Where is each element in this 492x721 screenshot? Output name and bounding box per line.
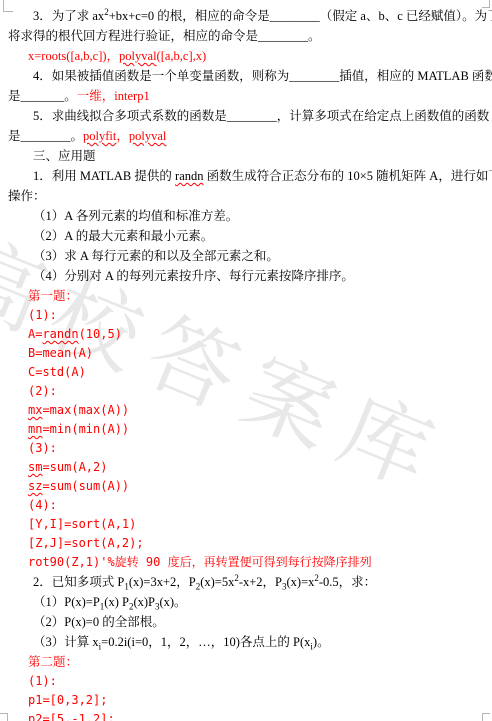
text-segment: ________ <box>258 29 308 43</box>
text-segment: (x)P <box>133 595 155 609</box>
answer-1-part-3-label: (3): <box>8 439 488 458</box>
document-page: 3．为了求 ax2+bx+c=0 的根，相应的命令是________（假定 a、… <box>0 0 492 721</box>
question-3-line-2: 将求得的根代回方程进行验证，相应的命令是________。 <box>8 26 488 46</box>
text-segment: 函数生成符合正态分布的 10×5 随机矩阵 A，进行如下 <box>204 169 492 183</box>
text-segment: 4．如果被插值函数是一个单变量函数，则称为 <box>33 69 289 83</box>
text-segment: +bx+c=0 的根，相应的命令是 <box>109 9 270 23</box>
app-q1-item-3: （3）求 A 每行元素的和以及全部元素之和。 <box>8 246 488 266</box>
text-segment: %旋转 90 度后，再转置便可得到每行按降序排列 <box>107 555 371 569</box>
text-segment: 是 <box>8 129 21 143</box>
code-line: A=randn(10,5) <box>8 325 488 344</box>
text-boundary-mark-top-right <box>482 0 490 8</box>
text-segment: （1）A 各列元素的均值和标准方差。 <box>33 209 238 223</box>
text-segment: )。 <box>313 635 330 649</box>
text-segment: =sum(sum(A)) <box>42 479 129 493</box>
text-segment: (x)。 <box>159 595 186 609</box>
text-segment: 一维，interp1 <box>77 89 150 103</box>
text-boundary-mark-bottom-right <box>482 713 490 721</box>
code-line: [Z,J]=sort(A,2); <box>8 534 488 553</box>
text-segment: (x)=3x+2，P <box>129 575 196 589</box>
answer-block-1-heading: 第一题： <box>8 286 488 306</box>
text-segment: 。 <box>308 29 321 43</box>
text-segment: (x) P <box>104 595 129 609</box>
answer-2-part-1-label: (1): <box>8 672 488 691</box>
spellcheck-underlined-word: polyval <box>129 129 167 143</box>
text-segment: (x)=5x <box>200 575 234 589</box>
code-line: sz=sum(sum(A)) <box>8 477 488 496</box>
spellcheck-underlined-word: mx <box>28 403 42 417</box>
spellcheck-underlined-word: sm <box>28 460 42 474</box>
code-line-with-comment: rot90(Z,1)'%旋转 90 度后，再转置便可得到每行按降序排列 <box>8 553 488 572</box>
app-q2-item-2: （2）P(x)=0 的全部根。 <box>8 612 488 632</box>
text-segment: 2．已知多项式 P <box>33 575 124 589</box>
text-segment: (x)=x <box>287 575 315 589</box>
app-q2-item-1: （1）P(x)=P1(x) P2(x)P3(x)。 <box>8 592 488 612</box>
text-segment: A= <box>28 327 42 341</box>
text-segment: C=std(A) <box>28 365 86 379</box>
code-line: mn=min(min(A)) <box>8 420 488 439</box>
text-segment: =sum(A,2) <box>42 460 107 474</box>
answer-1-part-1-label: (1): <box>8 306 488 325</box>
text-segment: 第一题： <box>28 289 78 303</box>
app-q1-item-1: （1）A 各列元素的均值和标准方差。 <box>8 206 488 226</box>
text-boundary-mark-top-left <box>3 0 13 12</box>
text-segment: （假定 a、b、c 已经赋值）。为了 <box>320 9 492 23</box>
text-segment: 1．利用 MATLAB 提供的 <box>33 169 175 183</box>
text-segment: ________ <box>289 69 339 83</box>
text-segment: B=mean(A) <box>28 346 93 360</box>
code-line: sm=sum(A,2) <box>8 458 488 477</box>
code-line: p1=[0,3,2]; <box>8 691 488 710</box>
text-segment: [Y,I]=sort(A,1) <box>28 517 136 531</box>
text-segment: =min(min(A)) <box>42 422 129 436</box>
app-question-1-line-1: 1．利用 MATLAB 提供的 randn 函数生成符合正态分布的 10×5 随… <box>8 166 488 186</box>
question-5-line-2: 是________。polyfit，polyval <box>8 126 488 146</box>
text-segment: ， <box>116 129 129 143</box>
code-line: p2=[5,-1,2]; <box>8 710 488 721</box>
text-segment: -x+2，P <box>239 575 282 589</box>
text-segment: _______ <box>21 89 65 103</box>
text-segment: (2): <box>28 384 57 398</box>
text-segment: ([a,b,c],x) <box>157 49 207 63</box>
text-segment: x=roots([a,b,c])， <box>28 49 119 63</box>
spellcheck-underlined-word: randn <box>42 327 78 341</box>
text-segment: (3): <box>28 441 57 455</box>
text-segment: 。 <box>64 89 77 103</box>
text-segment: =0.2i(i=0，1，2，…，10)各点上的 P(x <box>101 635 310 649</box>
text-segment: 插值，相应的 MATLAB 函数 <box>339 69 492 83</box>
text-segment: (1): <box>28 674 57 688</box>
app-q1-item-2: （2）A 的最大元素和最小元素。 <box>8 226 488 246</box>
question-4-line-2: 是_______。一维，interp1 <box>8 86 488 106</box>
text-segment: (10,5) <box>79 327 122 341</box>
question-5-line-1: 5．求曲线拟合多项式系数的函数是________，计算多项式在给定点上函数值的函… <box>8 106 488 126</box>
text-segment: [Z,J]=sort(A,2); <box>28 536 144 550</box>
text-segment: （3）计算 x <box>33 635 99 649</box>
text-segment: 5．求曲线拟合多项式系数的函数是 <box>33 109 227 123</box>
text-segment: rot90(Z,1)' <box>28 555 107 569</box>
text-segment: 三、应用题 <box>33 149 96 163</box>
text-segment: 第二题： <box>28 655 78 669</box>
code-line: mx=max(max(A)) <box>8 401 488 420</box>
text-segment: （4）分别对 A 的每列元素按升序、每行元素按降序排序。 <box>33 269 354 283</box>
text-segment: ________ <box>21 129 71 143</box>
question-3-line-1: 3．为了求 ax2+bx+c=0 的根，相应的命令是________（假定 a、… <box>8 6 488 26</box>
answer-1-part-2-label: (2): <box>8 382 488 401</box>
text-segment: p1=[0,3,2]; <box>28 693 107 707</box>
app-question-2-line-1: 2．已知多项式 P1(x)=3x+2，P2(x)=5x2-x+2，P3(x)=x… <box>8 572 488 592</box>
code-line: B=mean(A) <box>8 344 488 363</box>
spellcheck-underlined-word: randn <box>175 169 203 183</box>
text-segment: 。 <box>71 129 84 143</box>
spellcheck-underlined-word: polyval <box>119 49 157 63</box>
text-segment: 操作： <box>8 189 46 203</box>
app-q1-item-4: （4）分别对 A 的每列元素按升序、每行元素按降序排序。 <box>8 266 488 286</box>
code-line: C=std(A) <box>8 363 488 382</box>
answer-3: x=roots([a,b,c])，polyval([a,b,c],x) <box>8 46 488 66</box>
app-question-1-line-2: 操作： <box>8 186 488 206</box>
text-segment: （1）P(x)=P <box>33 595 100 609</box>
text-segment: （2）P(x)=0 的全部根。 <box>33 615 165 629</box>
spellcheck-underlined-word: mn <box>28 422 42 436</box>
spellcheck-underlined-word: polyfit <box>83 129 116 143</box>
app-q2-item-3: （3）计算 xi=0.2i(i=0，1，2，…，10)各点上的 P(xi)。 <box>8 632 488 652</box>
section-3-heading: 三、应用题 <box>8 146 488 166</box>
text-segment: (1): <box>28 308 57 322</box>
text-segment: （2）A 的最大元素和最小元素。 <box>33 229 213 243</box>
text-segment: ，计算多项式在给定点上函数值的函数 <box>277 109 490 123</box>
code-line: [Y,I]=sort(A,1) <box>8 515 488 534</box>
question-4-line-1: 4．如果被插值函数是一个单变量函数，则称为________插值，相应的 MATL… <box>8 66 488 86</box>
text-segment: p2=[5,-1,2]; <box>28 712 115 721</box>
answer-block-2-heading: 第二题： <box>8 652 488 672</box>
text-segment: =max(max(A)) <box>42 403 129 417</box>
text-segment: （3）求 A 每行元素的和以及全部元素之和。 <box>33 249 279 263</box>
text-segment: ________ <box>270 9 320 23</box>
text-boundary-mark-bottom-left <box>0 713 8 721</box>
text-segment: 3．为了求 ax <box>33 9 104 23</box>
text-segment: -0.5，求： <box>319 575 376 589</box>
answer-1-part-4-label: (4): <box>8 496 488 515</box>
spellcheck-underlined-word: sz <box>28 479 42 493</box>
text-segment: 是 <box>8 89 21 103</box>
text-segment: 将求得的根代回方程进行验证，相应的命令是 <box>8 29 258 43</box>
text-segment: ________ <box>227 109 277 123</box>
text-segment: (4): <box>28 498 57 512</box>
